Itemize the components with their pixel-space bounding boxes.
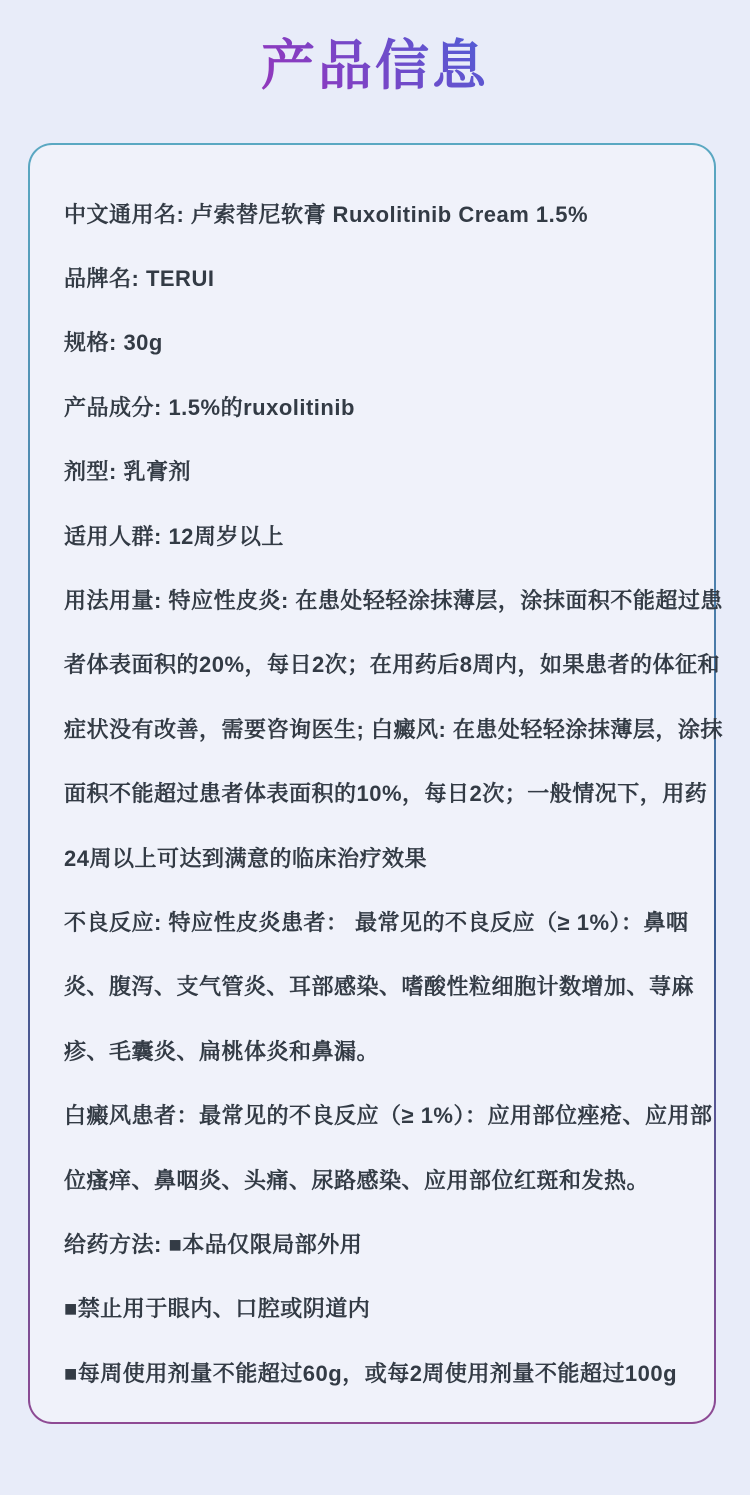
- info-line-adverse-3: 疹、毛囊炎、扁桃体炎和鼻漏。: [64, 1018, 680, 1082]
- info-line-adverse-5: 位瘙痒、鼻咽炎、头痛、尿路感染、应用部位红斑和发热。: [64, 1147, 680, 1211]
- page-title: 产品信息: [0, 0, 750, 99]
- info-line-applicable-age: 适用人群: 12周岁以上: [64, 503, 680, 567]
- info-line-usage-1: 用法用量: 特应性皮炎: 在患处轻轻涂抹薄层，涂抹面积不能超过患: [64, 567, 680, 631]
- info-line-administration: 给药方法: ■本品仅限局部外用: [64, 1211, 680, 1275]
- product-info-card-border: 中文通用名: 卢索替尼软膏 Ruxolitinib Cream 1.5% 品牌名…: [28, 143, 716, 1424]
- info-line-usage-5: 24周以上可达到满意的临床治疗效果: [64, 825, 680, 889]
- info-line-brand-name: 品牌名: TERUI: [64, 245, 680, 309]
- info-line-adverse-4: 白癜风患者：最常见的不良反应（≥ 1%）：应用部位痤疮、应用部: [64, 1082, 680, 1146]
- info-line-usage-4: 面积不能超过患者体表面积的10%，每日2次；一般情况下，用药: [64, 761, 680, 825]
- product-info-card: 中文通用名: 卢索替尼软膏 Ruxolitinib Cream 1.5% 品牌名…: [30, 145, 714, 1422]
- info-line-usage-3: 症状没有改善，需要咨询医生; 白癜风: 在患处轻轻涂抹薄层，涂抹: [64, 696, 680, 760]
- info-line-dosage-form: 剂型: 乳膏剂: [64, 439, 680, 503]
- info-line-spec: 规格: 30g: [64, 310, 680, 374]
- info-line-usage-2: 者体表面积的20%，每日2次；在用药后8周内，如果患者的体征和: [64, 632, 680, 696]
- info-line-adverse-1: 不良反应: 特应性皮炎患者： 最常见的不良反应（≥ 1%）：鼻咽: [64, 889, 680, 953]
- info-line-warning-2: ■每周使用剂量不能超过60g，或每2周使用剂量不能超过100g: [64, 1340, 680, 1404]
- info-line-warning-1: ■禁止用于眼内、口腔或阴道内: [64, 1276, 680, 1340]
- info-line-generic-name: 中文通用名: 卢索替尼软膏 Ruxolitinib Cream 1.5%: [64, 181, 680, 245]
- info-line-adverse-2: 炎、腹泻、支气管炎、耳部感染、嗜酸性粒细胞计数增加、荨麻: [64, 954, 680, 1018]
- info-line-ingredient: 产品成分: 1.5%的ruxolitinib: [64, 374, 680, 438]
